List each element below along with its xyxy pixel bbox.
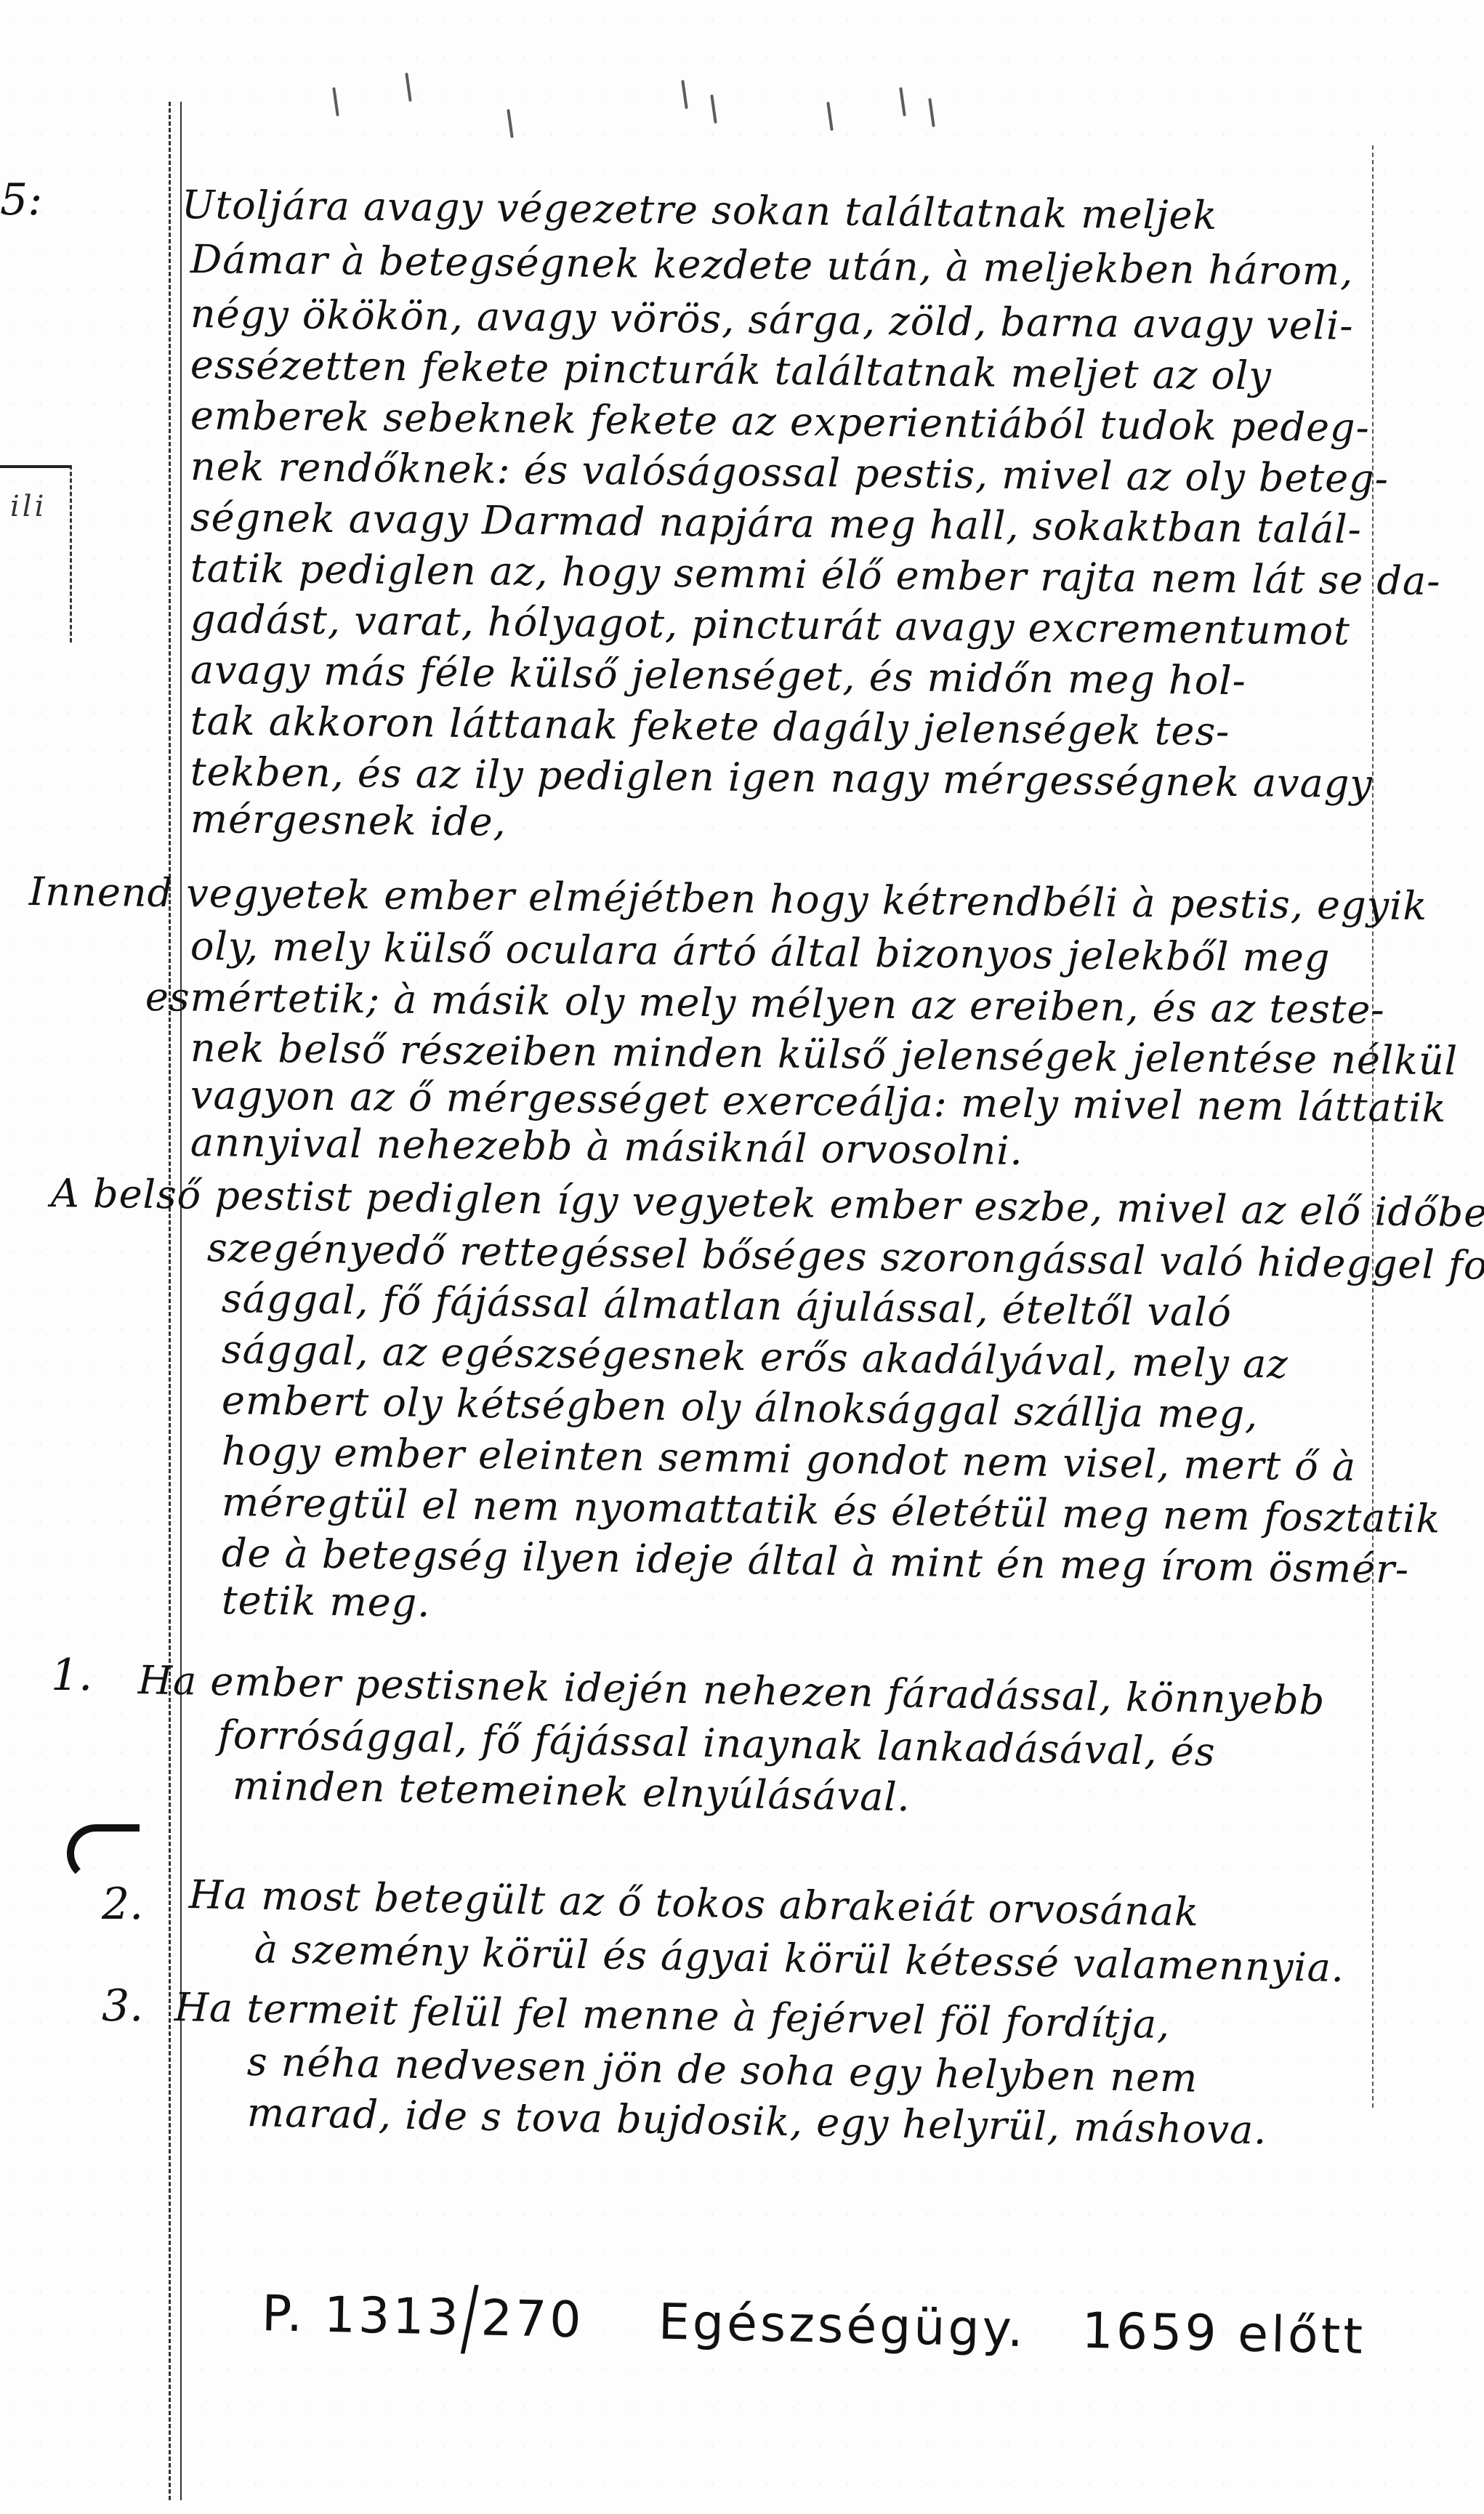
text-line: Innend vegyetek ember elméjétben hogy ké… (29, 872, 1428, 926)
ref-number: 1313 (323, 2287, 462, 2347)
text-line: emberek sebeknek fekete az experientiábó… (190, 396, 1370, 448)
text-line: sággal, az egészségesnek erős akadályáva… (222, 1330, 1289, 1384)
text-line: A belső pestist pediglen így vegyetek em… (51, 1174, 1484, 1233)
margin-rule-dashed (169, 102, 171, 2500)
text-line: tetik meg. (222, 1581, 431, 1623)
archive-reference: P. 1313/270 Egészségügy. 1659 előtt (261, 2285, 1366, 2366)
subject: Egészségügy. (658, 2294, 1026, 2359)
text-line: tatik pediglen az, hogy semmi élő ember … (190, 549, 1441, 601)
text-line: s néha nedvesen jön de soha egy helyben … (247, 2042, 1198, 2098)
ref-prefix: P. (261, 2285, 306, 2343)
text-line: gadást, varat, hólyagot, pincturát avagy… (190, 600, 1350, 651)
text-line: oly, mely külső oculara ártó által bizon… (190, 927, 1331, 978)
margin-box: ili (0, 465, 72, 642)
bleed-through-marks (305, 65, 1105, 153)
text-line: nek belső részeiben minden külső jelensé… (190, 1028, 1459, 1081)
list-number: 3. (102, 1981, 143, 2031)
manuscript-page: ili 5: Utoljára avagy végezetre sokan ta… (0, 0, 1484, 2514)
text-line: esmértetik; à másik oly mely mélyen az e… (145, 978, 1385, 1030)
text-line: sággal, fő fájással álmatlan ájulással, … (222, 1279, 1233, 1332)
margin-number: 5: (0, 174, 42, 225)
text-line: tak akkoron láttanak fekete dagály jelen… (190, 701, 1230, 752)
text-line: annyival nehezebb à másiknál orvosolni. (190, 1123, 1023, 1171)
text-line: Ha ember pestisnek idején nehezen fáradá… (138, 1661, 1326, 1721)
ref-slash: / (460, 2269, 482, 2367)
margin-rule-solid (180, 102, 182, 2500)
text-line: Ha most betegült az ő tokos abrakeiát or… (189, 1875, 1200, 1932)
text-line: Utoljára avagy végezetre sokan találtatn… (182, 185, 1218, 235)
text-line: forrósággal, fő fájással inaynak lankadá… (218, 1715, 1216, 1772)
ref-item: 270 (480, 2289, 584, 2349)
text-line: négy ökökön, avagy vörös, sárga, zöld, b… (190, 294, 1354, 346)
text-line: Ha termeit felül fel menne à fejérvel fö… (174, 1988, 1171, 2044)
text-line: ségnek avagy Darmad napjára meg hall, so… (190, 498, 1362, 549)
text-line: embert oly kétségben oly álnoksággal szá… (222, 1381, 1259, 1435)
margin-box-text: ili (10, 490, 47, 523)
text-line: Dámar à betegségnek kezdete után, à melj… (190, 240, 1354, 291)
list-number: 1. (51, 1650, 92, 1701)
text-line: hogy ember eleinten semmi gondot nem vis… (222, 1432, 1357, 1487)
text-line: vagyon az ő mérgességet exerceálja: mely… (190, 1076, 1447, 1128)
text-line: marad, ide s tova bujdosik, egy helyrül,… (247, 2093, 1267, 2150)
text-line: à szemény körül és ágyai körül kétessé v… (254, 1930, 1345, 1988)
text-line: minden tetemeinek elnyúlásával. (233, 1766, 911, 1817)
list-number: 2. (102, 1879, 143, 1930)
text-line: tekben, és az ily pediglen igen nagy mér… (190, 752, 1373, 804)
text-line: méregtül el nem nyomattatik és életétül … (222, 1483, 1441, 1539)
text-line: nek rendőknek: és valóságossal pestis, m… (190, 447, 1390, 499)
text-line: avagy más féle külső jelenséget, és midő… (190, 650, 1246, 701)
text-line: essézetten fekete pincturák találtatnak … (190, 345, 1272, 396)
date: 1659 előtt (1081, 2303, 1366, 2366)
text-line: mérgesnek ide, (190, 799, 507, 842)
bracket-mark (67, 1824, 140, 1882)
